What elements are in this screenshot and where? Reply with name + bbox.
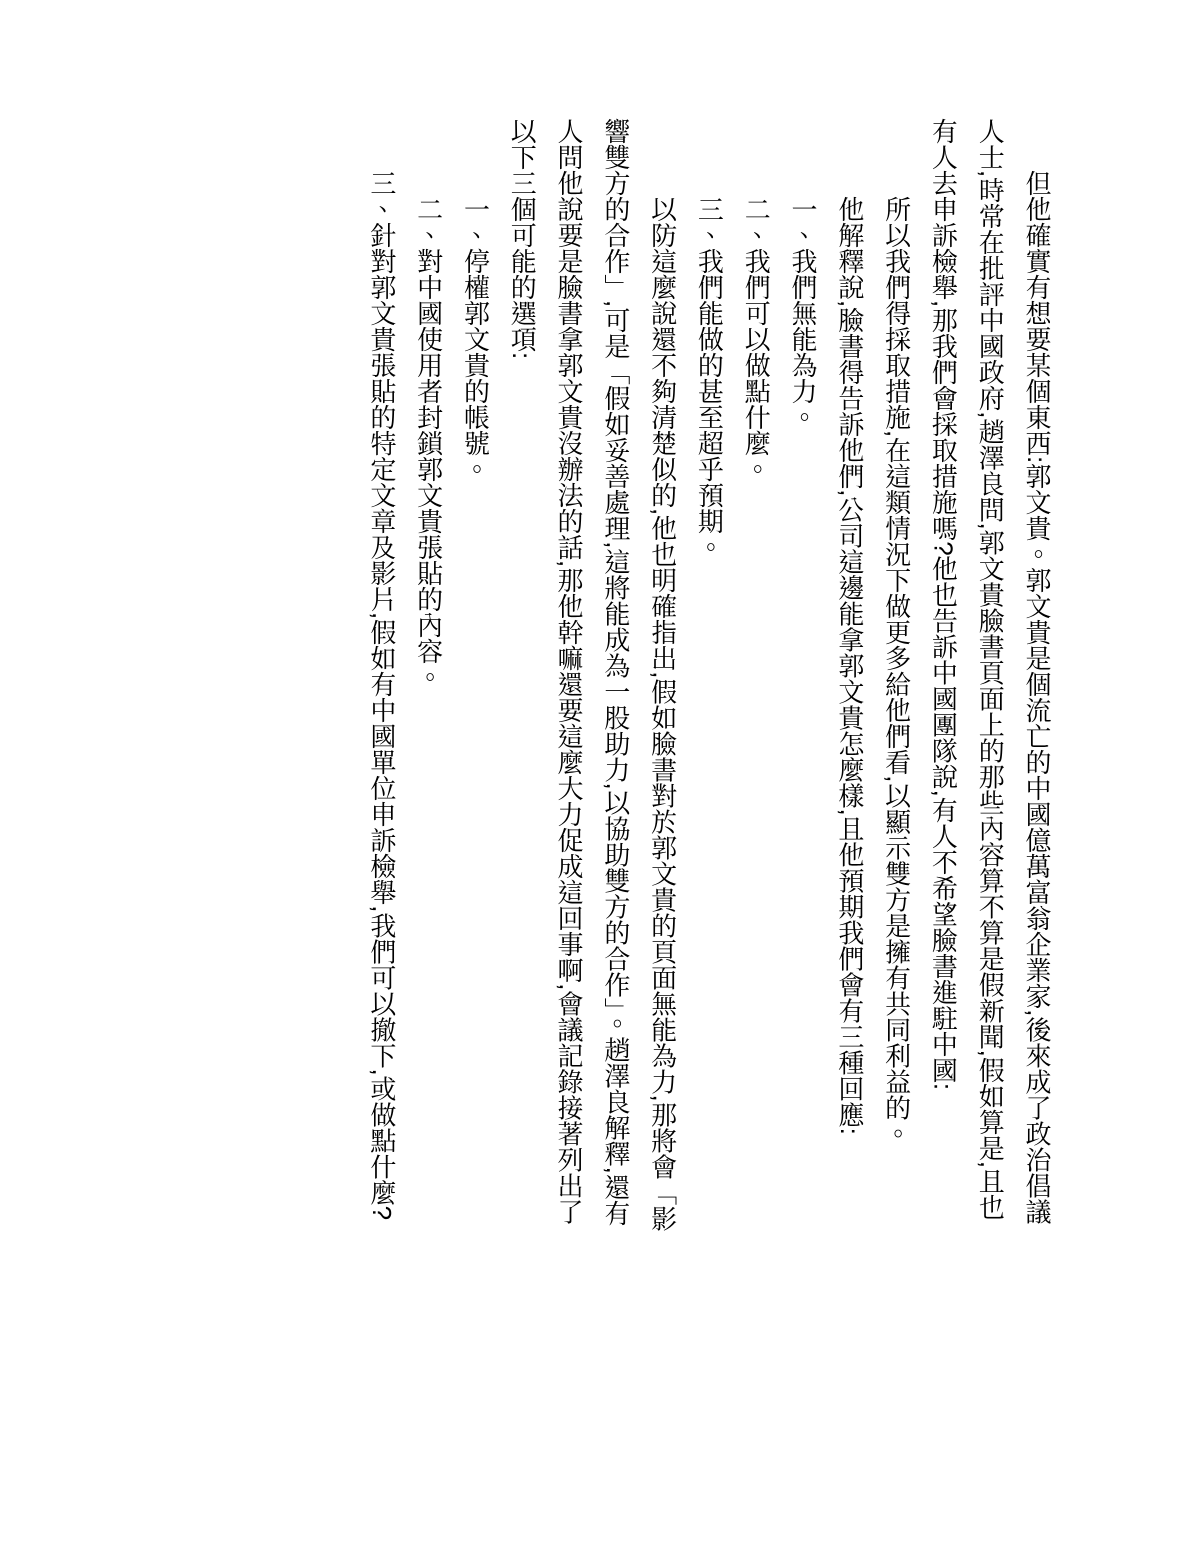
paragraph: 但他確實有想要某個東西:郭文貴。郭文貴是個流亡的中國億萬富翁企業家,後來成了政治… (920, 118, 1060, 1238)
document-page: 但他確實有想要某個東西:郭文貴。郭文貴是個流亡的中國億萬富翁企業家,後來成了政治… (0, 0, 1200, 1553)
paragraph: 以防這麼說還不夠清楚似的,他也明確指出,假如臉書對於郭文貴的頁面無能為力,那將會… (498, 118, 685, 1238)
list-item: 二、我們可以做點什麼。 (732, 118, 779, 1238)
paragraph: 他解釋說,臉書得告訴他們,公司這邊能拿郭文貴怎麼樣,且他預期我們會有三種回應: (826, 118, 873, 1238)
paragraph: 所以我們得採取措施,在這類情況下做更多給他們看,以顯示雙方是擁有共同利益的。 (873, 118, 920, 1238)
list-item: 三、我們能做的甚至超乎預期。 (686, 118, 733, 1238)
list-item: 二、對中國使用者封鎖郭文貴張貼的內容。 (405, 118, 452, 1238)
list-item: 一、我們無能為力。 (779, 118, 826, 1238)
list-item: 三、針對郭文貴張貼的特定文章及影片,假如有中國單位申訴檢舉,我們可以撤下,或做點… (358, 118, 405, 1238)
list-item: 一、停權郭文貴的帳號。 (452, 118, 499, 1238)
